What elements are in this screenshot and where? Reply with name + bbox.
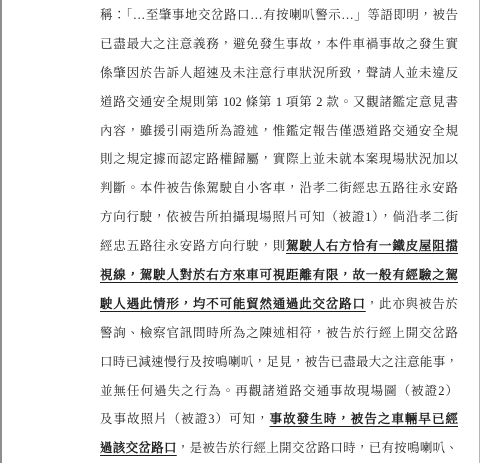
emphasized-text-segment: 視線，駕駛人對於右方來車可視距離有限，故一般有經驗之駕 xyxy=(100,268,458,282)
text-segment: 則之規定據而認定路權歸屬，實際上並未就本案現場狀況加以 xyxy=(100,152,458,166)
text-segment: 內容，雖援引兩造所為證述，惟鑑定報告僅憑道路交通安全規 xyxy=(100,124,458,138)
text-line: 過該交岔路口，是被告於行經上開交岔路口時，已有按鳴喇叭、 xyxy=(100,434,458,463)
text-line: 口時已減速慢行及按鳴喇叭，足見，被告已盡最大之注意能事， xyxy=(100,348,458,377)
text-line: 判斷。本件被告係駕駛自小客車，沿孝二街經忠五路往永安路 xyxy=(100,174,458,203)
emphasized-text-segment: 事故發生時，被告之車輛早已經 xyxy=(270,412,458,426)
text-segment: 道路交通安全規則第 102 條第 1 項第 2 款。又觀諸鑑定意見書 xyxy=(100,95,458,109)
text-line: 及事故照片（被證3）可知，事故發生時，被告之車輛早已經 xyxy=(100,405,458,434)
text-line: 係肇因於告訴人超速及未注意行車狀況所致，聲請人並未違反 xyxy=(100,59,458,88)
text-line: 稱：「…至肇事地交岔路口…有按喇叭警示…」等語即明，被告 xyxy=(100,1,458,30)
text-segment: 警詢、檢察官訊問時所為之陳述相符，被告於行經上開交岔路 xyxy=(100,326,458,340)
text-line: 駛人遇此情形，均不可能貿然通過此交岔路口，此亦與被告於 xyxy=(100,290,458,319)
text-segment: 係肇因於告訴人超速及未注意行車狀況所致，聲請人並未違反 xyxy=(100,66,458,80)
text-segment: 及事故照片（被證3）可知， xyxy=(100,412,270,426)
text-segment: ，此亦與被告於 xyxy=(366,297,458,311)
document-page: 稱：「…至肇事地交岔路口…有按喇叭警示…」等語即明，被告已盡最大之注意義務，避免… xyxy=(0,0,480,463)
text-line: 道路交通安全規則第 102 條第 1 項第 2 款。又觀諸鑑定意見書 xyxy=(100,88,458,117)
text-segment: 口時已減速慢行及按鳴喇叭，足見，被告已盡最大之注意能事， xyxy=(100,355,458,369)
text-line: 經忠五路往永安路方向行駛，則駕駛人右方恰有一鐵皮屋阻擋 xyxy=(100,232,458,261)
text-segment: 稱：「…至肇事地交岔路口…有按喇叭警示…」等語即明，被告 xyxy=(100,8,458,22)
text-segment: 經忠五路往永安路方向行駛，則 xyxy=(100,239,286,253)
emphasized-text-segment: 駕駛人右方恰有一鐵皮屋阻擋 xyxy=(286,239,458,253)
text-segment: 判斷。本件被告係駕駛自小客車，沿孝二街經忠五路往永安路 xyxy=(100,181,458,195)
text-segment: 已盡最大之注意義務，避免發生事故，本件車禍事故之發生實 xyxy=(100,37,458,51)
text-line: 視線，駕駛人對於右方來車可視距離有限，故一般有經驗之駕 xyxy=(100,261,458,290)
text-segment: 方向行駛，依被告所拍攝現場照片可知（被證1），倘沿孝二街 xyxy=(100,210,458,224)
text-line: 內容，雖援引兩造所為證述，惟鑑定報告僅憑道路交通安全規 xyxy=(100,117,458,146)
text-line: 警詢、檢察官訊問時所為之陳述相符，被告於行經上開交岔路 xyxy=(100,319,458,348)
emphasized-text-segment: 駛人遇此情形，均不可能貿然通過此交岔路口 xyxy=(100,297,366,311)
text-line: 則之規定據而認定路權歸屬，實際上並未就本案現場狀況加以 xyxy=(100,145,458,174)
judgment-text-block: 稱：「…至肇事地交岔路口…有按喇叭警示…」等語即明，被告已盡最大之注意義務，避免… xyxy=(100,1,458,463)
text-line: 已盡最大之注意義務，避免發生事故，本件車禍事故之發生實 xyxy=(100,30,458,59)
emphasized-text-segment: 過該交岔路口 xyxy=(100,441,177,455)
text-line: 方向行駛，依被告所拍攝現場照片可知（被證1），倘沿孝二街 xyxy=(100,203,458,232)
text-segment: 並無任何過失之行為。再觀諸道路交通事故現場圖（被證2） xyxy=(100,384,458,398)
text-line: 並無任何過失之行為。再觀諸道路交通事故現場圖（被證2） xyxy=(100,377,458,406)
text-segment: ，是被告於行經上開交岔路口時，已有按鳴喇叭、 xyxy=(177,441,458,455)
